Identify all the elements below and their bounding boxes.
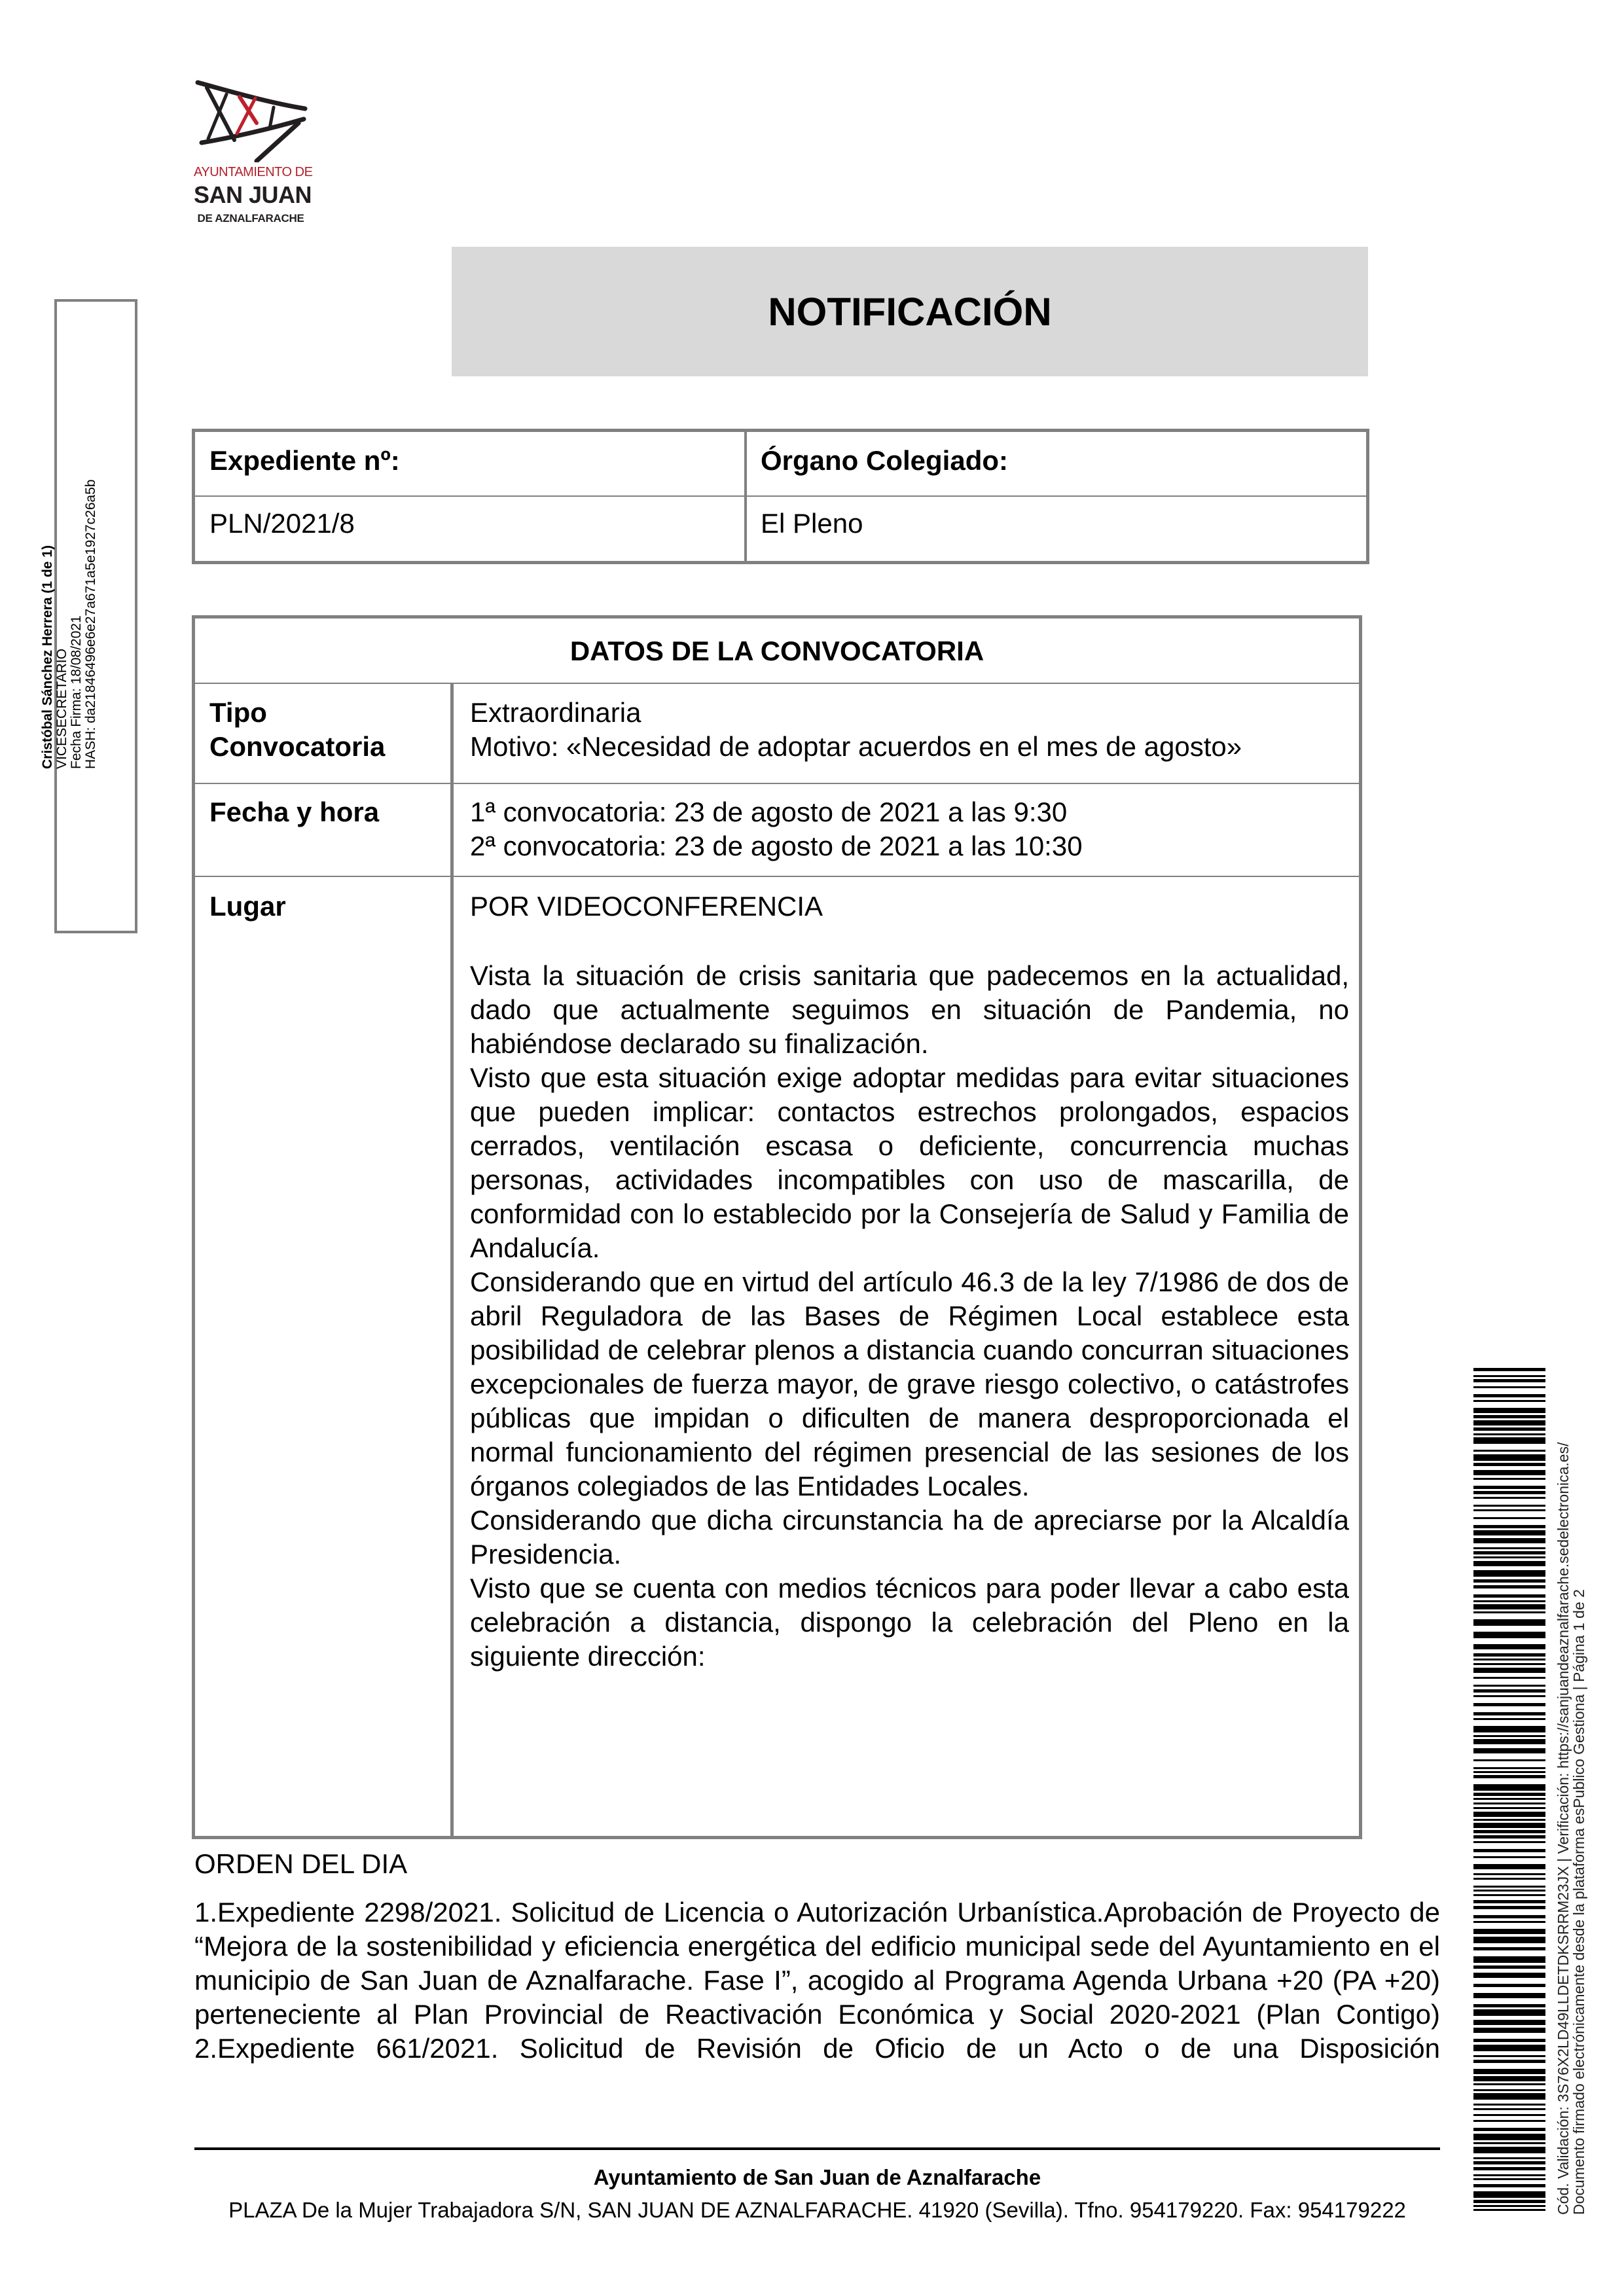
tipo-value: Extraordinaria: [470, 696, 641, 730]
motivo-value: Motivo: «Necesidad de adoptar acuerdos e…: [470, 730, 1242, 764]
orden-del-dia-list: 1.Expediente 2298/2021. Solicitud de Lic…: [194, 1895, 1440, 2066]
logo-emblem-icon: [194, 77, 312, 162]
logo-line-aznalfarache: DE AZNALFARACHE: [194, 212, 308, 225]
fecha-label: Fecha y hora: [209, 795, 379, 829]
document-title-banner: NOTIFICACIÓN: [452, 247, 1368, 376]
lugar-label: Lugar: [209, 889, 286, 924]
validation-barcode: [1473, 1368, 1545, 2215]
lugar-paragraph: Considerando que en virtud del artículo …: [470, 1265, 1349, 1503]
organo-value: El Pleno: [761, 507, 863, 541]
column-divider: [450, 683, 454, 1839]
lugar-description: Vista la situación de crisis sanitaria q…: [470, 959, 1349, 1674]
expediente-table: Expediente nº: Órgano Colegiado: PLN/202…: [192, 429, 1369, 564]
signer-name: Cristóbal Sánchez Herrera (1 de 1): [41, 479, 55, 769]
column-divider: [744, 432, 747, 561]
signature-info: Cristóbal Sánchez Herrera (1 de 1) VICES…: [41, 479, 98, 769]
lugar-paragraph: Visto que esta situación exige adoptar m…: [470, 1061, 1349, 1265]
signature-hash: HASH: da21846496e6e27a671a5e1927c26a5b: [84, 479, 98, 769]
validation-code: Cód. Validación: 3S76X2LD49LLDETDKSRRM23…: [1555, 1443, 1571, 2215]
row-divider: [195, 495, 1366, 497]
fecha-primera: 1ª convocatoria: 23 de agosto de 2021 a …: [470, 795, 1067, 829]
lugar-paragraph: Visto que se cuenta con medios técnicos …: [470, 1571, 1349, 1674]
orden-item: 1.Expediente 2298/2021. Solicitud de Lic…: [194, 1895, 1440, 2032]
fecha-segunda: 2ª convocatoria: 23 de agosto de 2021 a …: [470, 829, 1083, 863]
tipo-label-line1: Tipo: [209, 696, 267, 730]
validation-info: Cód. Validación: 3S76X2LD49LLDETDKSRRM23…: [1555, 1443, 1587, 2215]
row-divider: [195, 783, 1359, 784]
signature-platform: Documento firmado electrónicamente desde…: [1571, 1443, 1587, 2215]
signature-date: Fecha Firma: 18/08/2021: [69, 479, 84, 769]
footer-divider: [194, 2147, 1440, 2150]
lugar-paragraph: Vista la situación de crisis sanitaria q…: [470, 959, 1349, 1061]
barcode-icon: [1473, 1368, 1545, 2215]
footer-address: PLAZA De la Mujer Trabajadora S/N, SAN J…: [194, 2198, 1440, 2223]
lugar-paragraph: Considerando que dicha circunstancia ha …: [470, 1503, 1349, 1571]
expediente-label: Expediente nº:: [209, 444, 400, 478]
expediente-value: PLN/2021/8: [209, 507, 355, 541]
convocatoria-table: DATOS DE LA CONVOCATORIA Tipo Convocator…: [192, 615, 1362, 1839]
organo-label: Órgano Colegiado:: [761, 444, 1008, 478]
tipo-label-line2: Convocatoria: [209, 730, 385, 764]
municipality-logo: AYUNTAMIENTO DE SAN JUAN DE AZNALFARACHE: [194, 77, 312, 228]
row-divider: [195, 876, 1359, 877]
row-divider: [195, 683, 1359, 684]
convocatoria-heading: DATOS DE LA CONVOCATORIA: [195, 634, 1359, 668]
footer-title: Ayuntamiento de San Juan de Aznalfarache: [194, 2165, 1440, 2190]
orden-del-dia-heading: ORDEN DEL DIA: [194, 1847, 407, 1881]
document-title: NOTIFICACIÓN: [768, 289, 1051, 334]
orden-item: 2.Expediente 661/2021. Solicitud de Revi…: [194, 2032, 1440, 2066]
signer-role: VICESECRETARIO: [55, 479, 69, 769]
logo-line-san-juan: SAN JUAN: [194, 182, 308, 208]
logo-line-ayuntamiento: AYUNTAMIENTO DE: [194, 165, 308, 180]
lugar-value: POR VIDEOCONFERENCIA: [470, 889, 823, 924]
